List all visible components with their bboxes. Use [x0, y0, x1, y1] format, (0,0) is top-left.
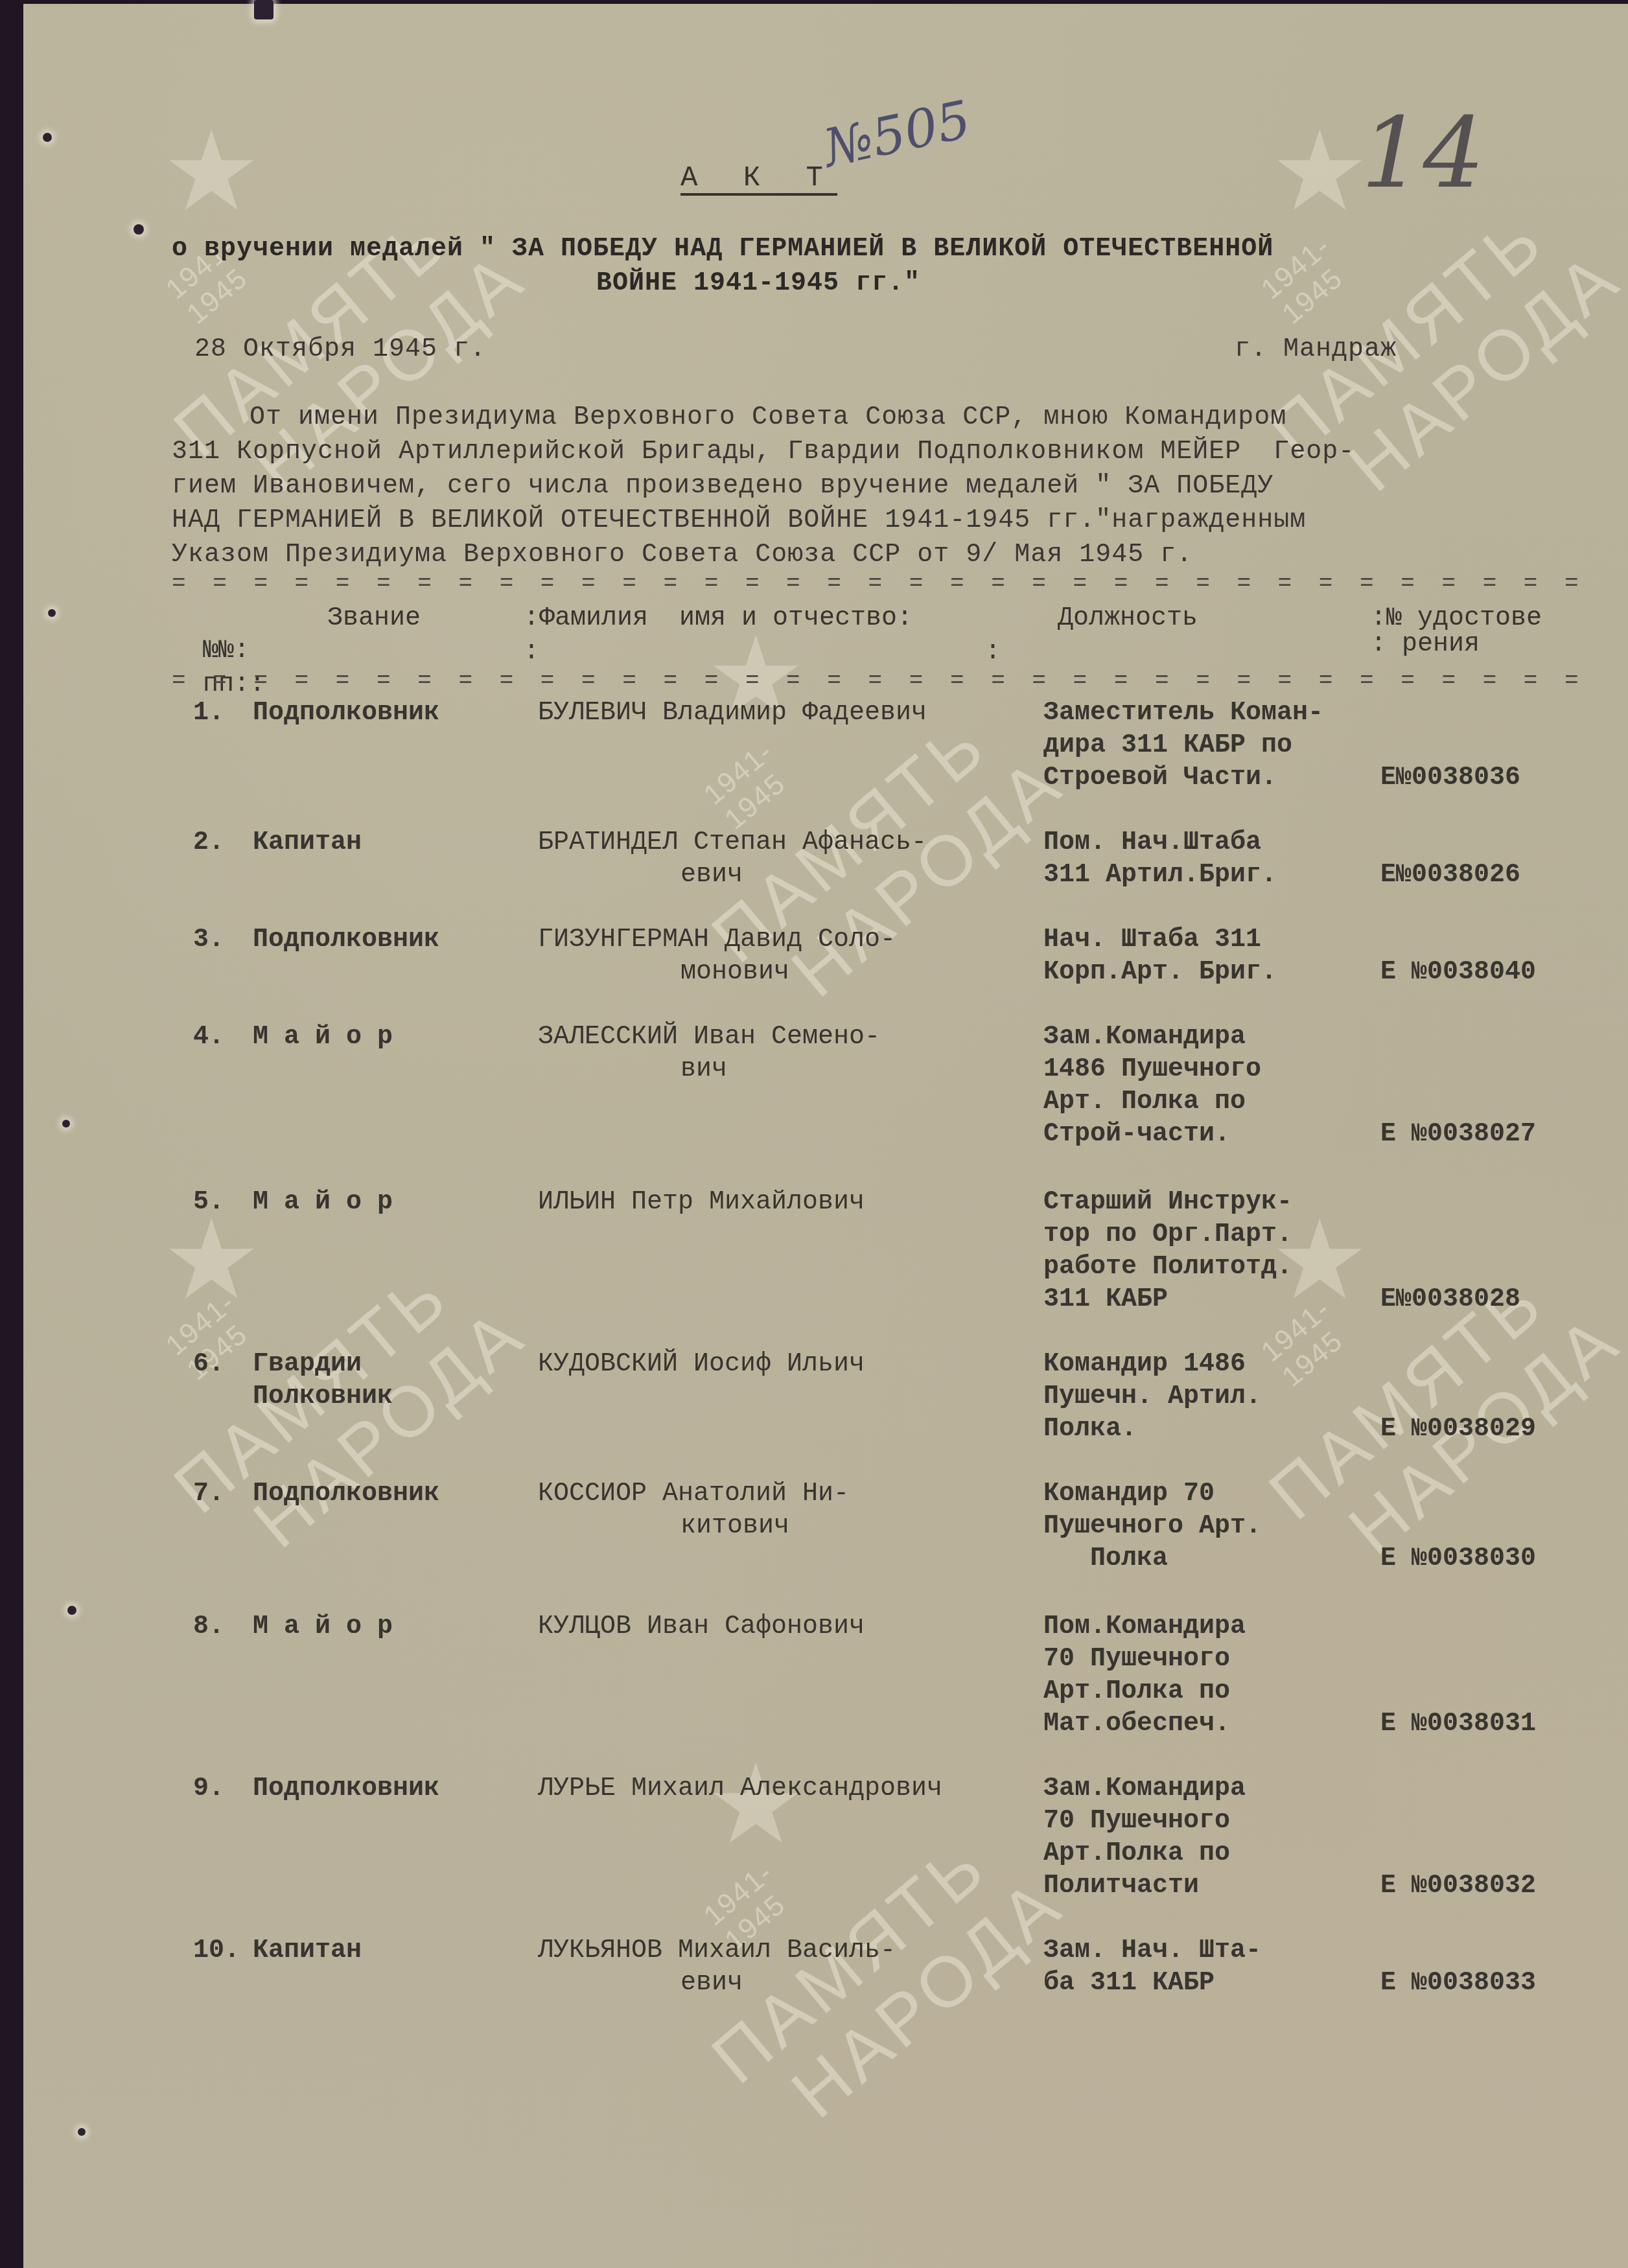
row-name: БУЛЕВИЧ Владимир Фадеевич [538, 697, 927, 730]
row-rank: Подполковник [253, 1772, 439, 1806]
row-position: Зам.Командира [1043, 1021, 1246, 1054]
row-number: 9. [193, 1772, 224, 1806]
row-position: Арт.Полка по [1043, 1675, 1230, 1709]
watermark-star-icon: ★ [162, 1205, 261, 1315]
row-rank: Подполковник [253, 1477, 439, 1511]
header-cert-2: : рения [1371, 629, 1480, 661]
watermark-star-icon: ★ [1270, 117, 1369, 227]
header-name: :Фамилия имя и отчество: [524, 603, 913, 635]
row-number: 10. [193, 1934, 240, 1968]
body-line: Указом Президиума Верховного Совета Союз… [172, 539, 1192, 572]
row-position: Командир 70 [1043, 1477, 1215, 1511]
row-rank: М а й о р [253, 1186, 393, 1220]
body-line: гием Ивановичем, сего числа произведено … [172, 470, 1273, 503]
row-position: Нач. Штаба 311 [1043, 923, 1261, 957]
header-name-sep-right: : [985, 636, 1001, 669]
row-certificate-number: Е№0038026 [1380, 859, 1520, 892]
row-rank: М а й о р [253, 1021, 393, 1054]
act-title: А К Т [680, 162, 837, 194]
row-position: Заместитель Коман- [1043, 697, 1323, 730]
row-position: Пом.Командира [1043, 1610, 1246, 1644]
row-rank: Капитан [253, 826, 362, 860]
row-name: ЗАЛЕССКИЙ Иван Семено- [538, 1021, 880, 1054]
body-line: 311 Корпусной Артиллерийской Бригады, Гв… [172, 436, 1355, 469]
row-name: ГИЗУНГЕРМАН Давид Соло- [538, 923, 896, 957]
row-number: 7. [193, 1477, 224, 1511]
row-position: 70 Пушечного [1043, 1643, 1230, 1676]
row-certificate-number: Е №0038032 [1380, 1869, 1536, 1903]
row-number: 6. [193, 1348, 224, 1382]
row-certificate-number: Е №0038031 [1380, 1707, 1536, 1741]
row-number: 5. [193, 1186, 224, 1220]
row-position: Корп.Арт. Бриг. [1043, 956, 1277, 989]
header-position: Должность [1058, 603, 1198, 635]
row-rank: Гвардии [253, 1348, 362, 1382]
row-position: Полка [1043, 1542, 1168, 1576]
row-name: БРАТИНДЕЛ Степан Афанась- [538, 826, 927, 860]
row-position: Политчасти [1043, 1869, 1199, 1903]
row-name: КОССИОР Анатолий Ни- [538, 1477, 849, 1511]
punch-hole [62, 1120, 70, 1128]
row-name: КУЛЦОВ Иван Сафонович [538, 1610, 865, 1644]
row-rank: Подполковник [253, 697, 439, 730]
row-position: Пушечн. Артил. [1043, 1380, 1261, 1414]
row-position: 70 Пушечного [1043, 1805, 1230, 1838]
row-name: КУДОВСКИЙ Иосиф Ильич [538, 1348, 865, 1382]
row-rank: Подполковник [253, 923, 439, 957]
row-name: ЛУРЬЕ Михаил Александрович [538, 1772, 942, 1806]
handwritten-page-number: 14 [1361, 97, 1485, 210]
row-certificate-number: Е №0038040 [1380, 956, 1536, 989]
subject-line-2: ВОЙНЕ 1941-1945 гг." [596, 268, 920, 300]
row-position: Пушечного Арт. [1043, 1510, 1261, 1544]
row-position: Мат.обеспеч. [1043, 1707, 1230, 1741]
table-rule-top: = = = = = = = = = = = = = = = = = = = = … [172, 570, 1585, 597]
punch-hole [43, 133, 52, 142]
row-position: Пом. Нач.Штаба [1043, 826, 1261, 860]
row-certificate-number: Е №0038027 [1380, 1118, 1536, 1151]
row-position: Зам. Нач. Шта- [1043, 1934, 1261, 1968]
document-place: г. Мандраж [1235, 334, 1397, 366]
row-name: вич [680, 1053, 727, 1087]
row-position: Старший Инструк- [1043, 1186, 1292, 1220]
row-number: 1. [193, 697, 224, 730]
row-position: Командир 1486 [1043, 1348, 1246, 1382]
row-position: работе Политотд. [1043, 1251, 1292, 1284]
table-rule-bottom: = = = = = = = = = = = = = = = = = = = = … [172, 667, 1585, 694]
row-name: монович [680, 956, 789, 989]
row-position: 1486 Пушечного [1043, 1053, 1261, 1087]
row-rank: М а й о р [253, 1610, 393, 1644]
row-name: евич [680, 859, 743, 892]
row-position: 311 КАБР [1043, 1283, 1168, 1317]
row-number: 4. [193, 1021, 224, 1054]
body-line: От имени Президиума Верховного Совета Со… [250, 402, 1286, 434]
document-date: 28 Октября 1945 г. [194, 334, 486, 366]
punch-hole [254, 0, 273, 19]
row-name: ИЛЬИН Петр Михайлович [538, 1186, 865, 1220]
row-position: 311 Артил.Бриг. [1043, 859, 1277, 892]
row-position: Арт.Полка по [1043, 1837, 1230, 1871]
row-name: евич [680, 1967, 743, 2000]
row-certificate-number: Е №0038030 [1380, 1542, 1536, 1576]
row-name: китович [680, 1510, 789, 1544]
punch-hole [78, 2128, 86, 2136]
row-position: дира 311 КАБР по [1043, 729, 1292, 763]
row-certificate-number: Е№0038036 [1380, 761, 1520, 795]
row-position: Строй-части. [1043, 1118, 1230, 1151]
row-rank: Капитан [253, 1934, 362, 1968]
row-number: 2. [193, 826, 224, 860]
subject-line-1: о вручении медалей " ЗА ПОБЕДУ НАД ГЕРМА… [172, 233, 1273, 266]
punch-hole [134, 224, 144, 235]
row-position: Арт. Полка по [1043, 1085, 1246, 1119]
punch-hole [67, 1606, 76, 1615]
row-position: Зам.Командира [1043, 1772, 1246, 1806]
row-rank: Полковник [253, 1380, 393, 1414]
row-certificate-number: Е №0038029 [1380, 1413, 1536, 1446]
row-number: 3. [193, 923, 224, 957]
row-position: ба 311 КАБР [1043, 1967, 1215, 2000]
row-position: Строевой Части. [1043, 761, 1277, 795]
row-number: 8. [193, 1610, 224, 1644]
header-name-sep-left: : [524, 636, 539, 669]
row-certificate-number: Е №0038033 [1380, 1967, 1536, 2000]
body-line: НАД ГЕРМАНИЕЙ В ВЕЛИКОЙ ОТЕЧЕСТВЕННОЙ ВО… [172, 505, 1306, 537]
row-position: Полка. [1043, 1413, 1137, 1446]
punch-hole [48, 609, 56, 617]
watermark-star-icon: ★ [162, 117, 261, 227]
row-position: тор по Орг.Парт. [1043, 1218, 1292, 1252]
header-rank: Звание [327, 603, 421, 635]
row-name: ЛУКЬЯНОВ Михаил Василь- [538, 1934, 896, 1968]
row-certificate-number: Е№0038028 [1380, 1283, 1520, 1317]
